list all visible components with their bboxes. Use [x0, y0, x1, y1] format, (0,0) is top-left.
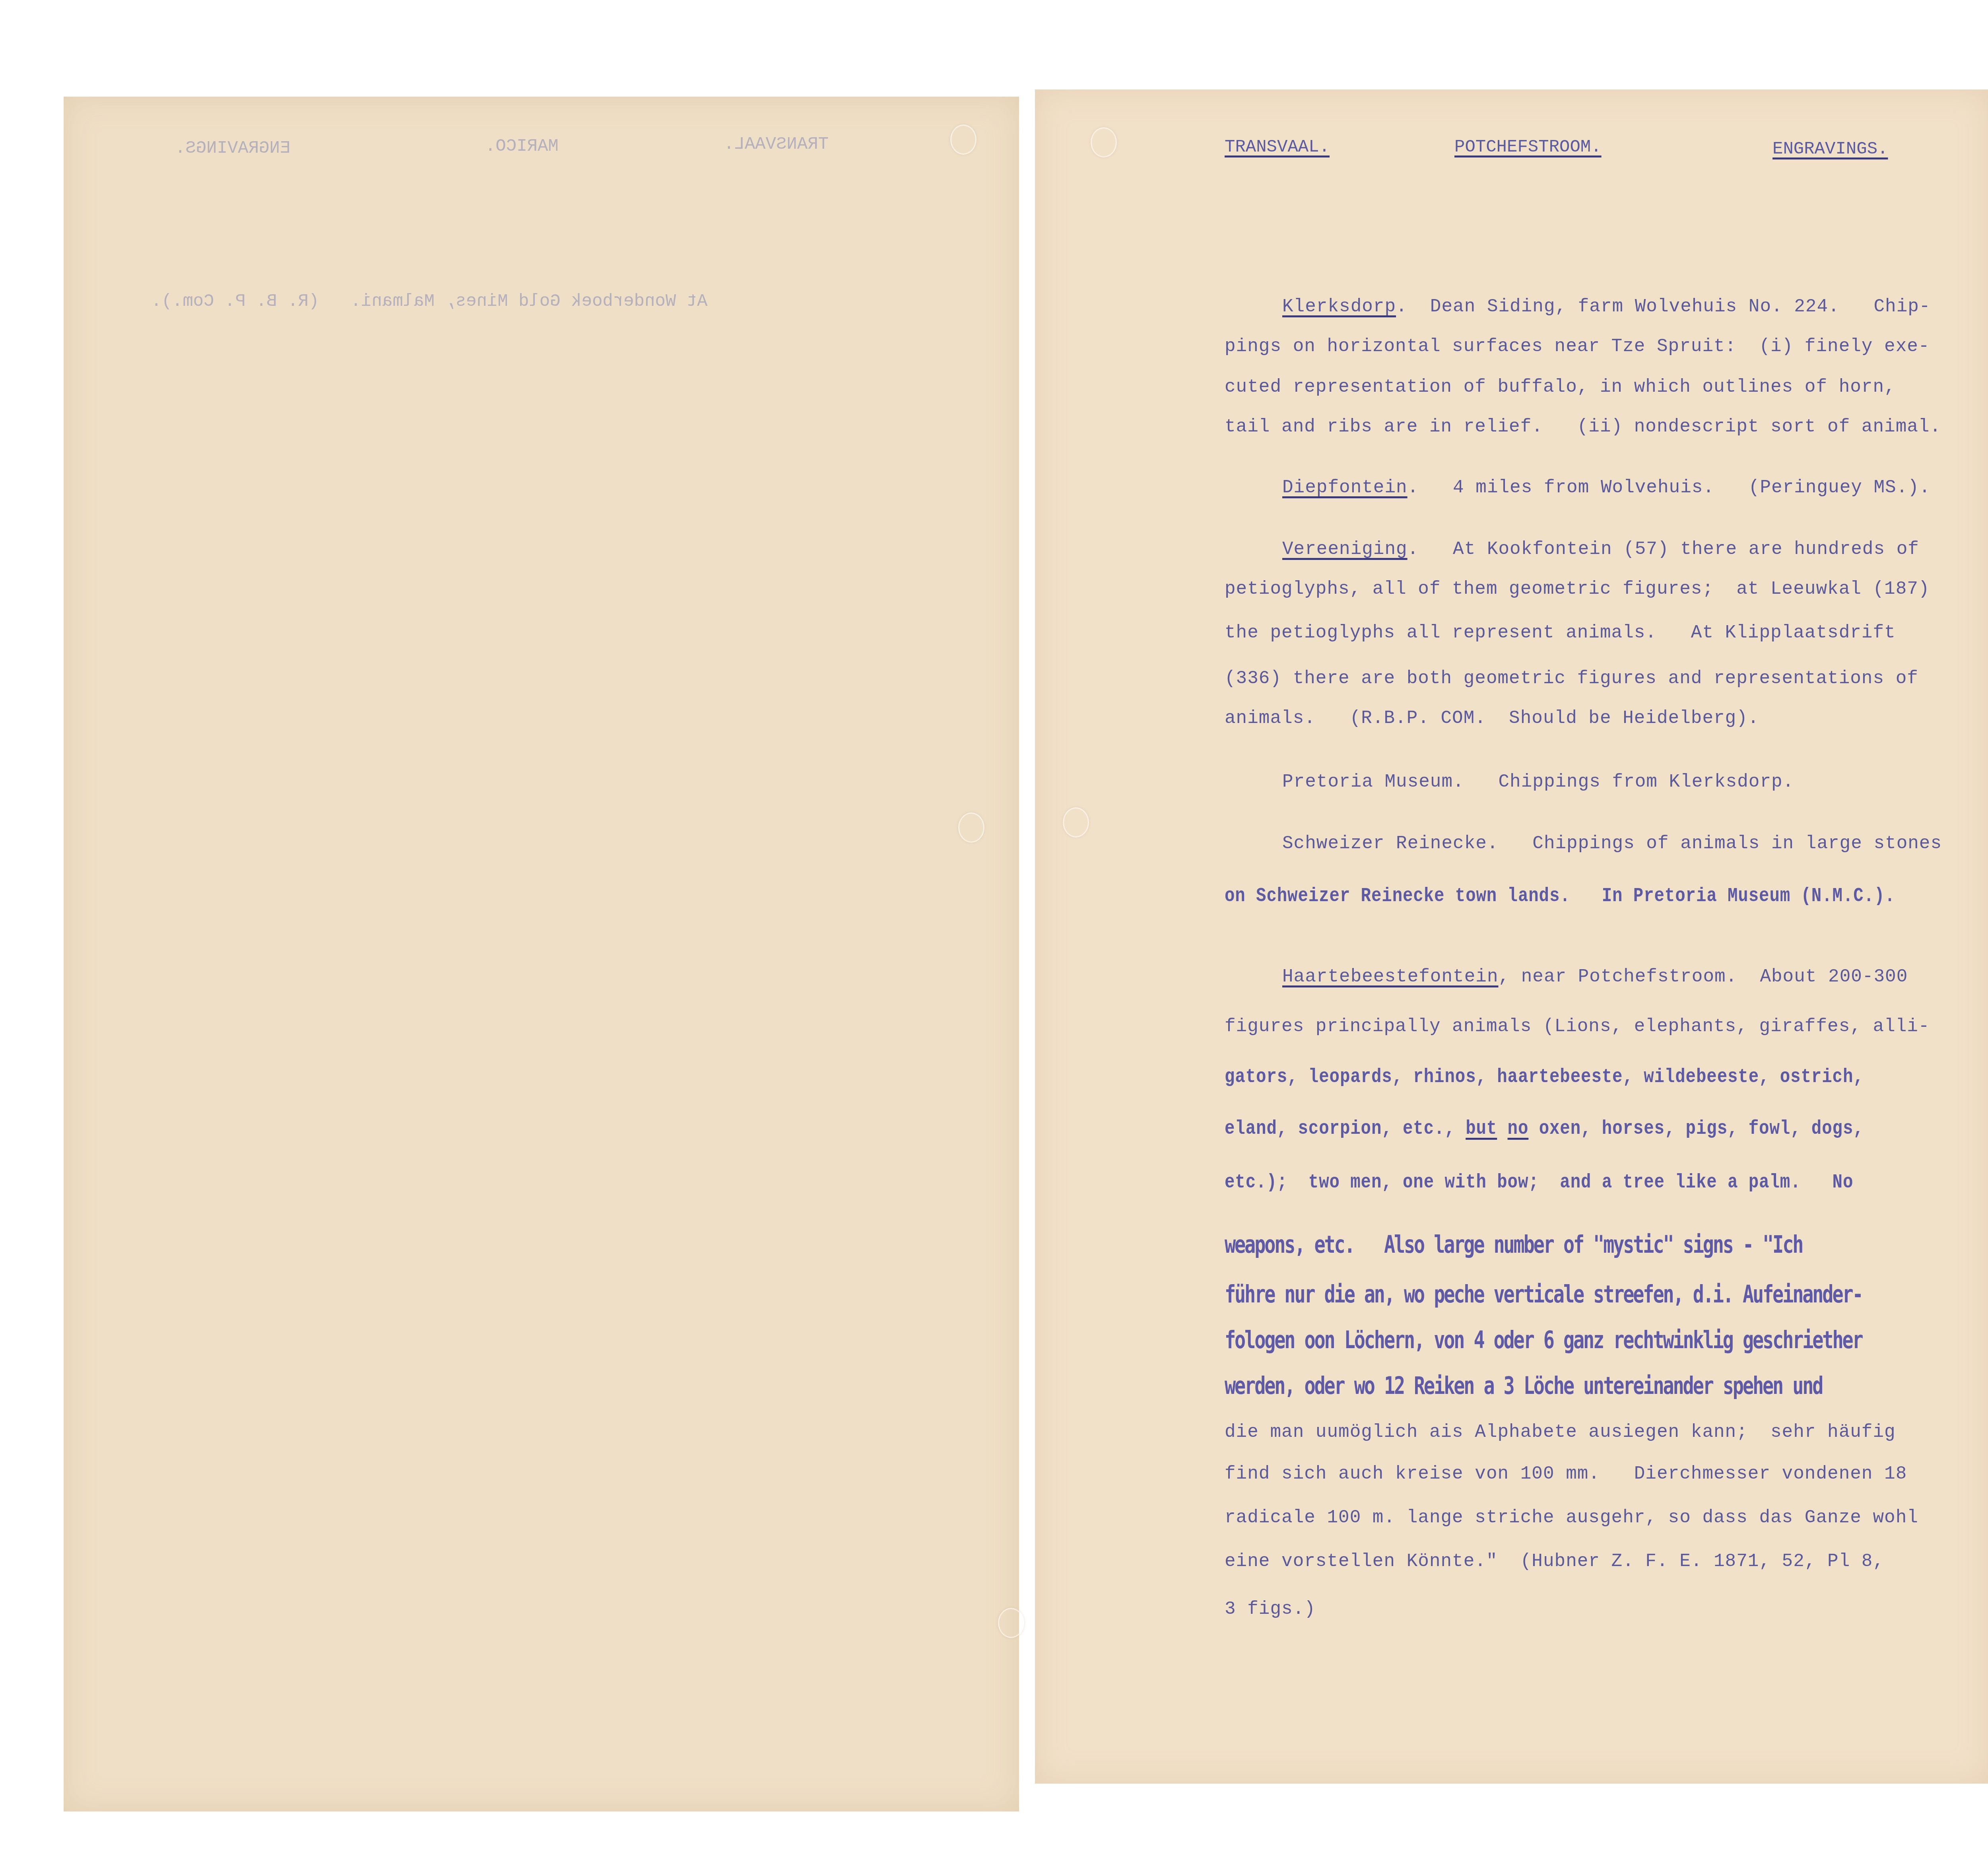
entry-text: Pretoria Museum. Chippings from Klerksdo…: [1282, 772, 1794, 792]
entry-text: [1497, 1117, 1507, 1140]
entry-text: find sich auch kreise von 100 mm. Dierch…: [1225, 1463, 1907, 1484]
entry-text: 3 figs.): [1225, 1599, 1316, 1619]
entry-text: etc.); two men, one with bow; and a tree…: [1225, 1171, 1853, 1194]
left-page: TRANSVAAL. MARICO. ENGRAVINGS. At Wonder…: [64, 97, 1019, 1811]
entry-title: Haartebeestefontein: [1282, 966, 1499, 987]
entry-text: führe nur die an, wo peche verticale str…: [1225, 1281, 1862, 1308]
entry-text: fologen oon Löchern, von 4 oder 6 ganz r…: [1225, 1326, 1862, 1354]
mirrored-body-line: At Wonderboek Gold Mines, Malmani. (R. B…: [151, 292, 707, 311]
header-region: TRANSVAAL.: [1225, 137, 1330, 157]
entry-text: the petioglyphs all represent animals. A…: [1225, 622, 1896, 643]
punch-hole-middle: [958, 812, 984, 843]
entry-text: gators, leopards, rhinos, haartebeeste, …: [1225, 1066, 1864, 1088]
entry-text: tail and ribs are in relief. (ii) nondes…: [1225, 416, 1941, 437]
mirrored-header-transvaal: TRANSVAAL.: [724, 134, 829, 154]
punch-hole-bottom: [998, 1608, 1024, 1638]
right-page: TRANSVAAL. POTCHEFSTROOM. ENGRAVINGS. Kl…: [1035, 89, 1988, 1784]
entry-text: eland, scorpion, etc.,: [1225, 1117, 1466, 1140]
entry-title: Vereeniging: [1282, 539, 1408, 560]
punch-hole-top: [950, 124, 977, 155]
entry-text: radicale 100 m. lange striche ausgehr, s…: [1225, 1507, 1918, 1528]
mirrored-header-marico: MARICO.: [485, 136, 559, 156]
entry-text: animals. (R.B.P. COM. Should be Heidelbe…: [1225, 708, 1759, 729]
mirrored-header-engravings: ENGRAVINGS.: [175, 138, 290, 158]
entry-text: figures principally animals (Lions, elep…: [1225, 1016, 1930, 1037]
header-category: ENGRAVINGS.: [1773, 139, 1888, 159]
entry-text: weapons, etc. Also large number of "myst…: [1225, 1231, 1802, 1259]
header-district: POTCHEFSTROOM.: [1454, 137, 1602, 157]
entry-text: eine vorstellen Könnte." (Hubner Z. F. E…: [1225, 1551, 1884, 1572]
entry-text: . Dean Siding, farm Wolvehuis No. 224. C…: [1396, 296, 1930, 317]
entry-text: cuted representation of buffalo, in whic…: [1225, 377, 1896, 397]
entry-text: . At Kookfontein (57) there are hundreds…: [1408, 539, 1919, 560]
entry-text: oxen, horses, pigs, fowl, dogs,: [1528, 1117, 1864, 1140]
entry-text: (336) there are both geometric figures a…: [1225, 668, 1918, 689]
punch-hole-top: [1091, 127, 1117, 157]
entry-title: Diepfontein: [1282, 477, 1408, 498]
emphasis-no: no: [1508, 1117, 1529, 1140]
entry-text: petioglyphs, all of them geometric figur…: [1225, 579, 1930, 599]
entry-text: pings on horizontal surfaces near Tze Sp…: [1225, 336, 1930, 357]
entry-text: . 4 miles from Wolvehuis. (Peringuey MS.…: [1408, 477, 1931, 498]
entry-text: on Schweizer Reinecke town lands. In Pre…: [1225, 885, 1895, 908]
emphasis-but: but: [1466, 1117, 1497, 1140]
entry-text: Schweizer Reinecke. Chippings of animals…: [1282, 833, 1942, 854]
punch-hole-middle: [1063, 807, 1089, 838]
entry-text: werden, oder wo 12 Reiken a 3 Löche unte…: [1225, 1372, 1822, 1400]
entry-title: Klerksdorp: [1282, 296, 1396, 317]
entry-text: , near Potchefstroom. About 200-300: [1499, 966, 1908, 987]
entry-text: die man uumöglich ais Alphabete ausiegen…: [1225, 1422, 1896, 1442]
